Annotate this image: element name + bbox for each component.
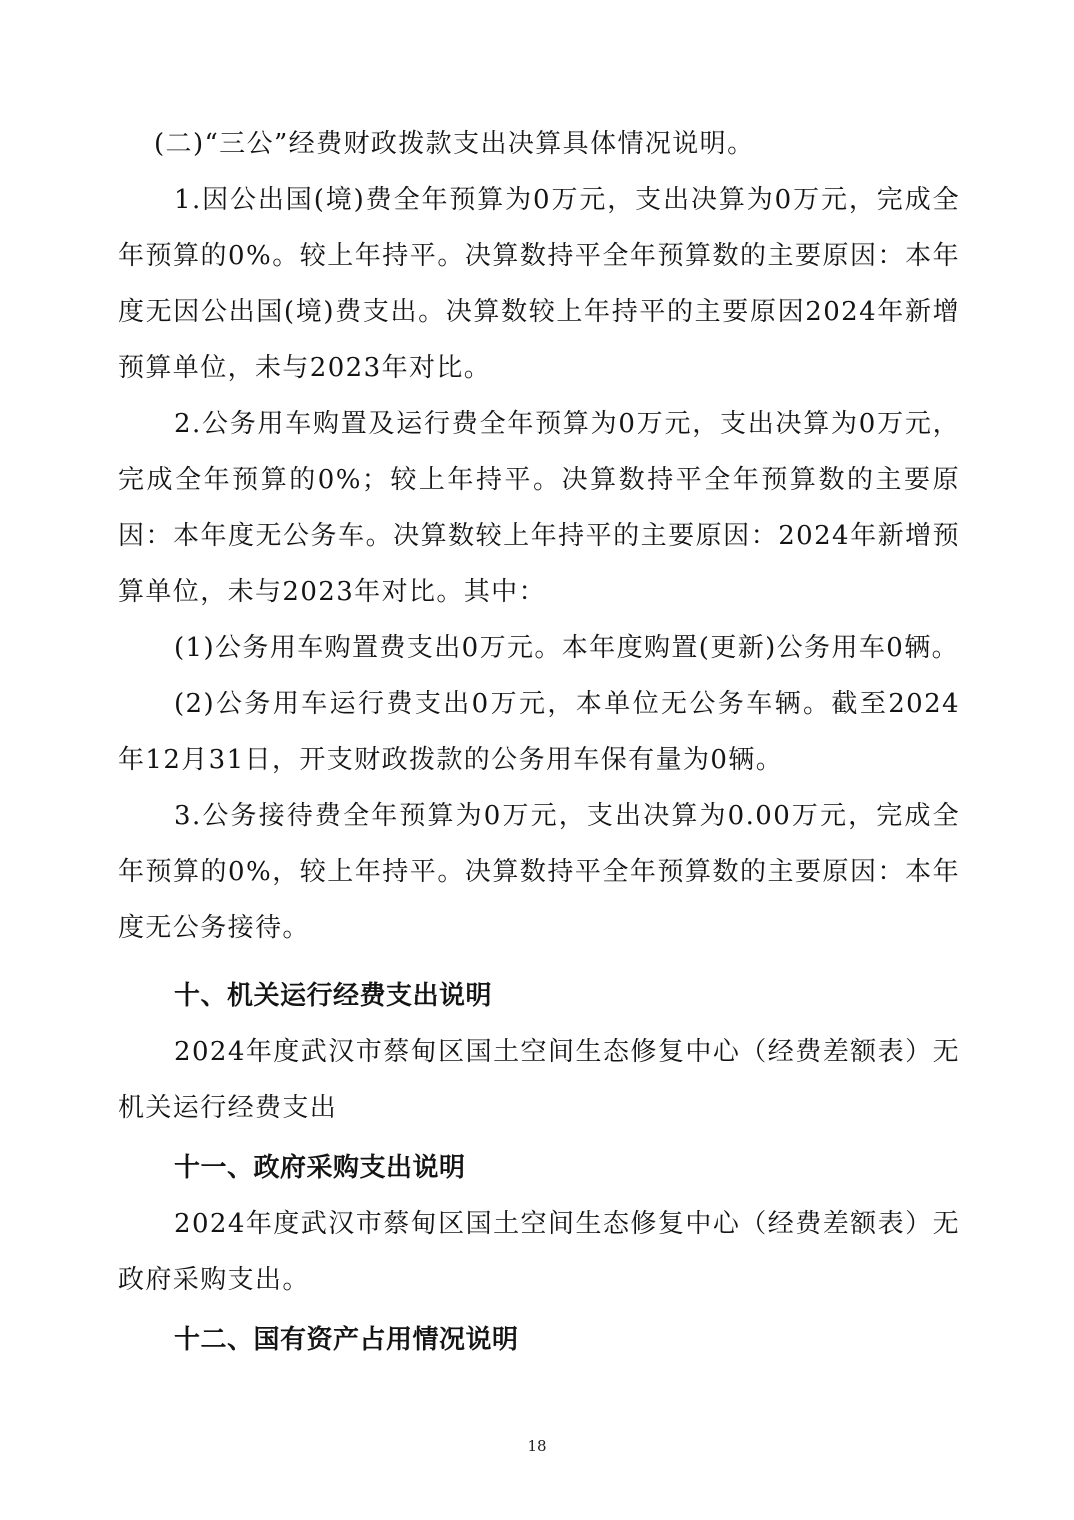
spacer (118, 956, 960, 968)
paragraph-official-reception: 3.公务接待费全年预算为0万元，支出决算为0.00万元，完成全年预算的0%，较上… (118, 788, 960, 956)
paragraph-official-vehicles: 2.公务用车购置及运行费全年预算为0万元，支出决算为0万元，完成全年预算的0%；… (118, 396, 960, 620)
section-heading-government-procurement: 十一、政府采购支出说明 (118, 1140, 960, 1196)
subsection-title: (二)“三公”经费财政拨款支出决算具体情况说明。 (118, 116, 960, 172)
section-heading-state-assets: 十二、国有资产占用情况说明 (118, 1312, 960, 1368)
paragraph-vehicle-operation: (2)公务用车运行费支出0万元，本单位无公务车辆。截至2024年12月31日，开… (118, 676, 960, 788)
section-body-government-procurement: 2024年度武汉市蔡甸区国土空间生态修复中心（经费差额表）无政府采购支出。 (118, 1196, 960, 1308)
section-heading-operating-expenses: 十、机关运行经费支出说明 (118, 968, 960, 1024)
document-page: (二)“三公”经费财政拨款支出决算具体情况说明。 1.因公出国(境)费全年预算为… (118, 116, 960, 1368)
paragraph-vehicle-purchase: (1)公务用车购置费支出0万元。本年度购置(更新)公务用车0辆。 (118, 620, 960, 676)
section-body-operating-expenses: 2024年度武汉市蔡甸区国土空间生态修复中心（经费差额表）无机关运行经费支出 (118, 1024, 960, 1136)
page-number: 18 (0, 1437, 1074, 1455)
paragraph-overseas-travel: 1.因公出国(境)费全年预算为0万元，支出决算为0万元，完成全年预算的0%。较上… (118, 172, 960, 396)
